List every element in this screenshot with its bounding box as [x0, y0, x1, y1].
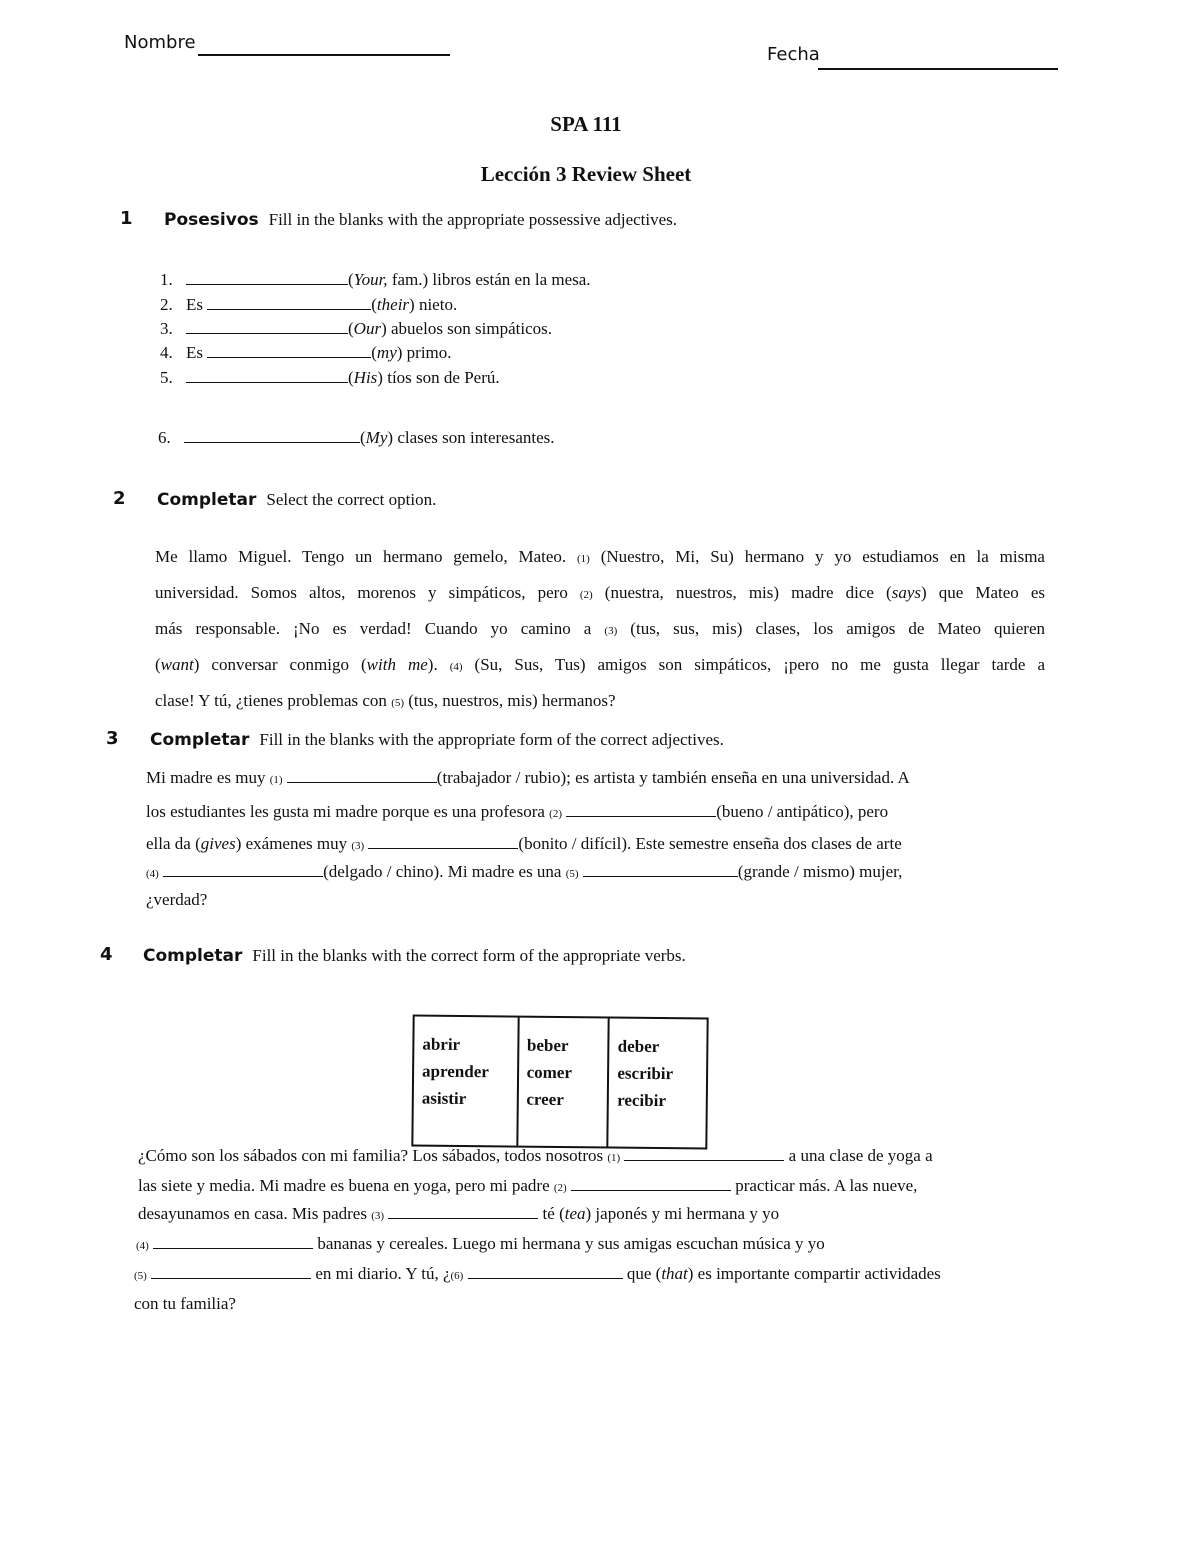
section-3-heading: CompletarFill in the blanks with the app… — [150, 730, 724, 750]
adj-line-2: los estudiantes les gusta mi madre porqu… — [146, 802, 888, 822]
answer-blank[interactable] — [153, 1234, 313, 1249]
answer-blank[interactable] — [287, 768, 437, 783]
adj-line-5: ¿verdad? — [146, 890, 207, 910]
verb-line-2: las siete y media. Mi madre es buena en … — [138, 1176, 917, 1196]
section-4-heading: CompletarFill in the blanks with the cor… — [143, 946, 686, 966]
passage-line: (want) conversar conmigo (with me). (4) … — [155, 648, 1045, 684]
answer-blank[interactable] — [566, 802, 716, 817]
answer-blank[interactable] — [186, 270, 348, 285]
answer-blank[interactable] — [184, 428, 360, 443]
posesivos-item-1: 1.(Your, fam.) libros están en la mesa. — [160, 270, 591, 290]
section-1-instructions: Fill in the blanks with the appropriate … — [269, 210, 677, 229]
date-label: Fecha — [767, 44, 820, 65]
section-4-number: 4 — [100, 944, 113, 965]
answer-blank[interactable] — [624, 1146, 784, 1161]
answer-blank[interactable] — [163, 862, 323, 877]
section-3-instructions: Fill in the blanks with the appropriate … — [259, 730, 724, 749]
date-field[interactable] — [818, 48, 1058, 70]
posesivos-item-5: 5.(His) tíos son de Perú. — [160, 368, 500, 388]
answer-blank[interactable] — [468, 1264, 623, 1279]
course-code: SPA 111 — [0, 112, 1172, 137]
verb-line-4: (4) bananas y cereales. Luego mi hermana… — [136, 1234, 825, 1254]
section-2-instructions: Select the correct option. — [266, 490, 436, 509]
verb-line-6: con tu familia? — [134, 1294, 236, 1314]
section-1-number: 1 — [120, 208, 133, 229]
answer-blank[interactable] — [388, 1204, 538, 1219]
section-3-title: Completar — [150, 730, 249, 750]
posesivos-item-3: 3.(Our) abuelos son simpáticos. — [160, 319, 552, 339]
section-2-number: 2 — [113, 488, 126, 509]
section-1-heading: PosesivosFill in the blanks with the app… — [164, 210, 677, 230]
section-1-title: Posesivos — [164, 210, 259, 230]
answer-blank[interactable] — [571, 1176, 731, 1191]
adj-line-1: Mi madre es muy (1) (trabajador / rubio)… — [146, 768, 910, 788]
section-2-heading: CompletarSelect the correct option. — [157, 490, 436, 510]
verb-column: bebercomercreer — [518, 1018, 610, 1147]
passage-line: universidad. Somos altos, morenos y simp… — [155, 576, 1045, 612]
answer-blank[interactable] — [186, 319, 348, 334]
answer-blank[interactable] — [207, 295, 371, 310]
passage-line: más responsable. ¡No es verdad! Cuando y… — [155, 612, 1045, 648]
sheet-title: Lección 3 Review Sheet — [0, 162, 1172, 187]
passage-line: clase! Y tú, ¿tienes problemas con (5) (… — [155, 684, 1045, 720]
verb-line-1: ¿Cómo son los sábados con mi familia? Lo… — [138, 1146, 933, 1166]
verb-line-5: (5) en mi diario. Y tú, ¿(6) que (that) … — [134, 1264, 941, 1284]
answer-blank[interactable] — [583, 862, 738, 877]
name-field[interactable] — [198, 36, 450, 56]
answer-blank[interactable] — [368, 834, 518, 849]
name-label: Nombre — [124, 32, 196, 53]
section-3-number: 3 — [106, 728, 119, 749]
posesivos-item-2: 2.Es (their) nieto. — [160, 295, 457, 315]
section-4-instructions: Fill in the blanks with the correct form… — [252, 946, 685, 965]
answer-blank[interactable] — [151, 1264, 311, 1279]
passage-line: Me llamo Miguel. Tengo un hermano gemelo… — [155, 540, 1045, 576]
verb-column: deberescribirrecibir — [609, 1019, 707, 1148]
posesivos-item-6: 6.(My) clases son interesantes. — [158, 428, 555, 448]
answer-blank[interactable] — [207, 343, 371, 358]
answer-blank[interactable] — [186, 368, 348, 383]
section-2-title: Completar — [157, 490, 256, 510]
verb-bank: abriraprenderasistir bebercomercreer deb… — [411, 1014, 708, 1149]
adj-line-3: ella da (gives) exámenes muy (3) (bonito… — [146, 834, 902, 854]
posesivos-item-4: 4.Es (my) primo. — [160, 343, 452, 363]
adj-line-4: (4) (delgado / chino). Mi madre es una (… — [146, 862, 902, 882]
section-4-title: Completar — [143, 946, 242, 966]
verb-line-3: desayunamos en casa. Mis padres (3) té (… — [138, 1204, 779, 1224]
section-2-passage: Me llamo Miguel. Tengo un hermano gemelo… — [155, 540, 1045, 720]
verb-column: abriraprenderasistir — [413, 1016, 519, 1145]
